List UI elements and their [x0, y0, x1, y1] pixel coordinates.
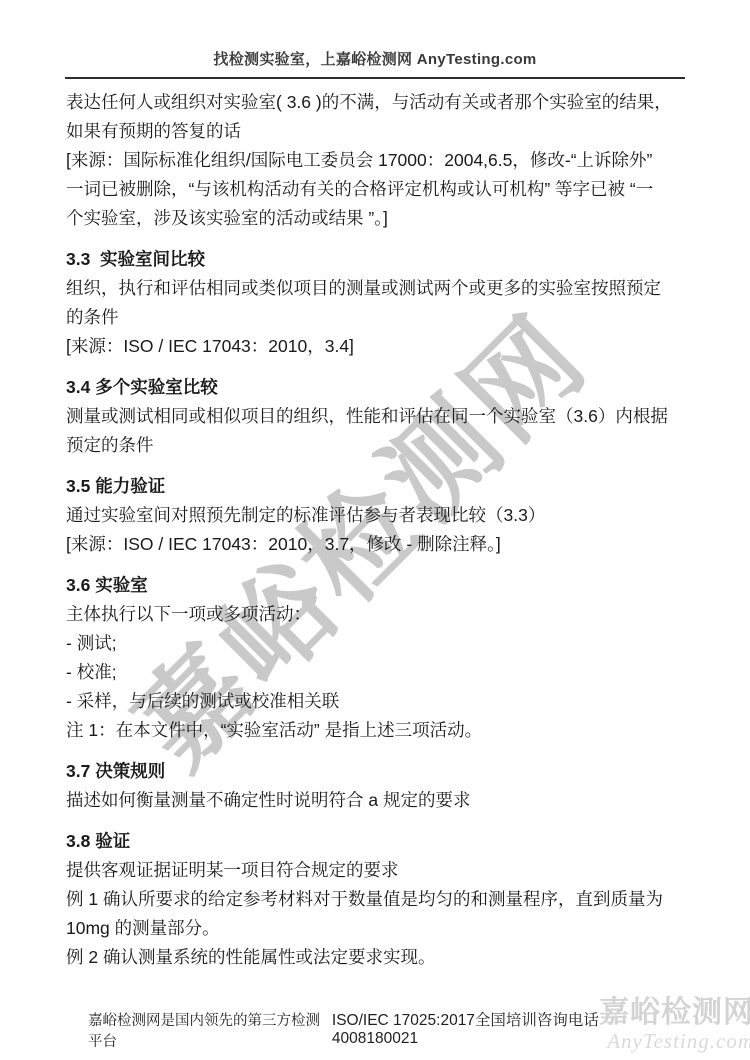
text-line: 一词已被删除，“与该机构活动有关的合格评定机构或认可机构” 等字已被 “一 — [66, 175, 688, 204]
text-line: 描述如何衡量测量不确定性时说明符合 a 规定的要求 — [66, 786, 688, 815]
intro-paragraph: 表达任何人或组织对实验室( 3.6 )的不满，与活动有关或者那个实验室的结果，如… — [66, 88, 688, 233]
text-line: 如果有预期的答复的话 — [66, 117, 688, 146]
section-body-3-5: 通过实验室间对照预先制定的标准评估参与者表现比较（3.3）[来源：ISO / I… — [66, 501, 688, 559]
document-body: 表达任何人或组织对实验室( 3.6 )的不满，与活动有关或者那个实验室的结果，如… — [66, 88, 688, 972]
section-heading-3-6: 3.6 实验室 — [66, 571, 688, 600]
header-tagline: 找检测实验室，上嘉峪检测网 AnyTesting.com — [0, 48, 750, 69]
section-body-3-8: 提供客观证据证明某一项目符合规定的要求例 1 确认所要求的给定参考材料对于数量值… — [66, 856, 688, 972]
text-line: - 采样，与后续的测试或校准相关联 — [66, 687, 688, 716]
text-line: [来源：ISO / IEC 17043：2010，3.4] — [66, 332, 688, 361]
text-line: 预定的条件 — [66, 431, 688, 460]
section-heading-3-7: 3.7 决策规则 — [66, 757, 688, 786]
section-heading-3-4: 3.4 多个实验室比较 — [66, 373, 688, 402]
text-line: - 测试; — [66, 629, 688, 658]
section-body-3-7: 描述如何衡量测量不确定性时说明符合 a 规定的要求 — [66, 786, 688, 815]
section-heading-3-5: 3.5 能力验证 — [66, 472, 688, 501]
page-footer: 嘉峪检测网是国内领先的第三方检测平台 ISO/IEC 17025:2017全国培… — [88, 1008, 662, 1051]
text-line: [来源：ISO / IEC 17043：2010，3.7，修改 - 删除注释。] — [66, 530, 688, 559]
text-line: 注 1：在本文件中，“实验室活动” 是指上述三项活动。 — [66, 716, 688, 745]
section-heading-3-8: 3.8 验证 — [66, 827, 688, 856]
text-line: - 校准; — [66, 658, 688, 687]
text-line: [来源：国际标准化组织/国际电工委员会 17000：2004,6.5，修改-“上… — [66, 146, 688, 175]
text-line: 主体执行以下一项或多项活动： — [66, 600, 688, 629]
text-line: 提供客观证据证明某一项目符合规定的要求 — [66, 856, 688, 885]
text-line: 组织，执行和评估相同或类似项目的测量或测试两个或更多的实验室按照预定 — [66, 274, 688, 303]
text-line: 通过实验室间对照预先制定的标准评估参与者表现比较（3.3） — [66, 501, 688, 530]
footer-training-phone-text: ISO/IEC 17025:2017全国培训咨询电话4008180021 — [332, 1008, 662, 1048]
section-body-3-3: 组织，执行和评估相同或类似项目的测量或测试两个或更多的实验室按照预定的条件[来源… — [66, 274, 688, 361]
text-line: 个实验室，涉及该实验室的活动或结果 ”。] — [66, 204, 688, 233]
text-line: 的条件 — [66, 303, 688, 332]
section-body-3-4: 测量或测试相同或相似项目的组织，性能和评估在同一个实验室（3.6）内根据预定的条… — [66, 402, 688, 460]
header-divider — [65, 77, 685, 79]
text-line: 10mg 的测量部分。 — [66, 914, 688, 943]
text-line: 例 2 确认测量系统的性能属性或法定要求实现。 — [66, 943, 688, 972]
section-body-3-6: 主体执行以下一项或多项活动：- 测试;- 校准;- 采样，与后续的测试或校准相关… — [66, 600, 688, 745]
text-line: 表达任何人或组织对实验室( 3.6 )的不满，与活动有关或者那个实验室的结果， — [66, 88, 688, 117]
section-heading-3-3: 3.3 实验室间比较 — [66, 245, 688, 274]
text-line: 例 1 确认所要求的给定参考材料对于数量值是均匀的和测量程序，直到质量为 — [66, 885, 688, 914]
document-page: 找检测实验室，上嘉峪检测网 AnyTesting.com 嘉峪检测网 表达任何人… — [0, 0, 750, 1060]
footer-platform-text: 嘉峪检测网是国内领先的第三方检测平台 — [88, 1009, 332, 1051]
text-line: 测量或测试相同或相似项目的组织，性能和评估在同一个实验室（3.6）内根据 — [66, 402, 688, 431]
